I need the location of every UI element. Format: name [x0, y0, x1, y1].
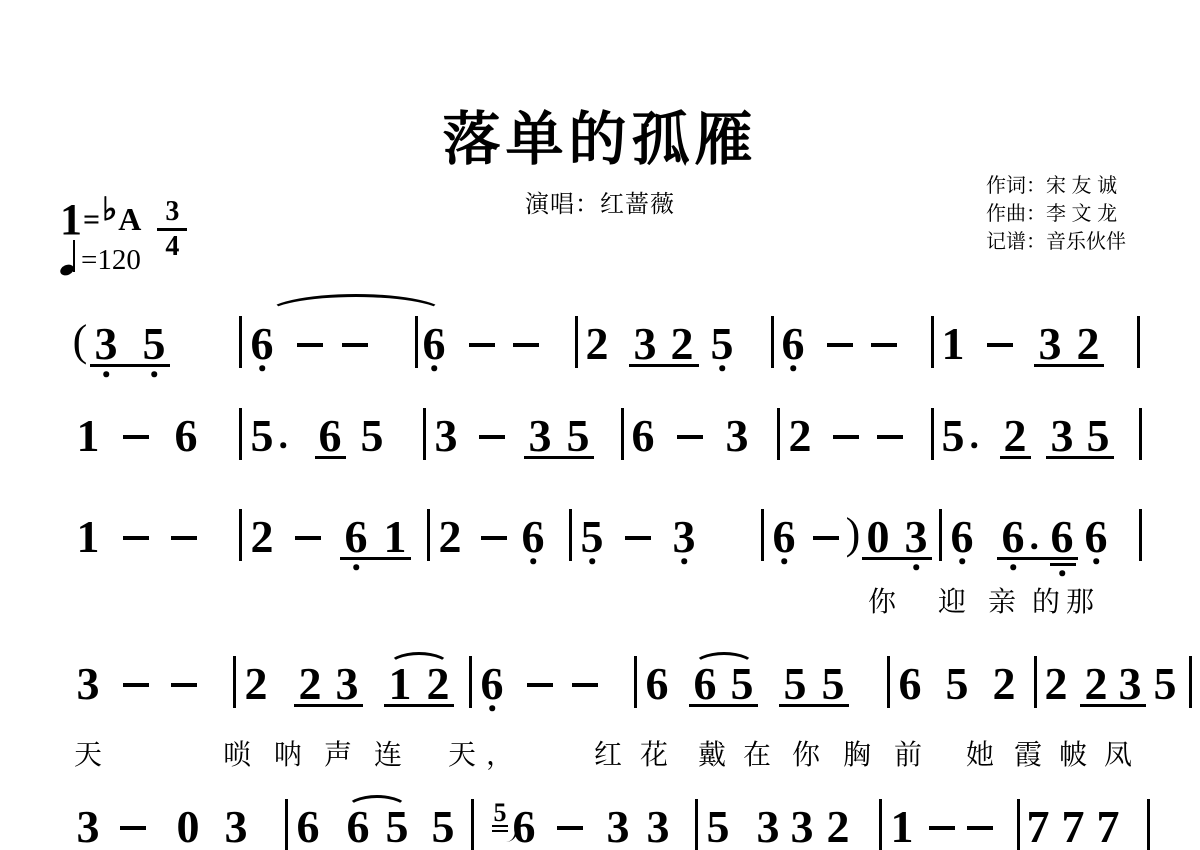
dash-note	[123, 536, 149, 540]
barline	[427, 509, 430, 561]
barline	[415, 316, 418, 368]
note: 6	[694, 661, 717, 707]
beam	[524, 456, 594, 459]
dash-note	[479, 435, 505, 439]
lyric-char: 凤	[1104, 741, 1132, 769]
dash-note	[557, 826, 583, 830]
note: 3	[791, 804, 814, 850]
barline	[1189, 656, 1192, 708]
dash-note	[677, 435, 703, 439]
dash-note	[469, 343, 495, 347]
dash-note	[833, 435, 859, 439]
dash-note	[342, 343, 368, 347]
note: 2	[1085, 661, 1108, 707]
barline	[931, 408, 934, 460]
barline	[1137, 316, 1140, 368]
augmentation-dot	[280, 442, 286, 448]
note: 5	[143, 321, 166, 367]
dash-note	[513, 343, 539, 347]
barline	[1034, 656, 1037, 708]
lyric-char: 天	[74, 741, 102, 769]
lyric-char: 的	[1032, 588, 1060, 616]
beam	[1050, 563, 1076, 566]
note: 5	[567, 413, 590, 459]
note: 3	[634, 321, 657, 367]
dash-note	[171, 536, 197, 540]
note: 3	[607, 804, 630, 850]
note: 3	[757, 804, 780, 850]
note: 2	[299, 661, 322, 707]
dash-note	[929, 826, 955, 830]
dash-note	[123, 435, 149, 439]
lyric-char: 亲	[988, 588, 1016, 616]
note: 5	[432, 804, 455, 850]
beam	[384, 704, 454, 707]
barline	[285, 799, 288, 850]
note: 6	[646, 661, 669, 707]
beam	[1034, 364, 1104, 367]
barline	[1147, 799, 1150, 850]
note: 5	[1154, 661, 1177, 707]
dash-note	[967, 826, 993, 830]
note: 2	[827, 804, 850, 850]
barline	[939, 509, 942, 561]
barline	[761, 509, 764, 561]
lyric-char: 声	[324, 741, 352, 769]
note: 3	[77, 661, 100, 707]
beam	[315, 456, 346, 459]
note: 6	[899, 661, 922, 707]
lyric-char: 在	[743, 741, 771, 769]
note: 6	[782, 321, 805, 367]
note: 2	[251, 514, 274, 560]
octave-dot	[1059, 570, 1065, 576]
note: 6	[481, 661, 504, 707]
octave-dot	[489, 705, 495, 711]
beam	[1046, 456, 1114, 459]
lyric-char: 呐	[274, 741, 302, 769]
note: 3	[529, 413, 552, 459]
lyric-char: 前	[894, 741, 922, 769]
beam	[997, 557, 1078, 560]
octave-dot	[1010, 564, 1016, 570]
note: 5	[1087, 413, 1110, 459]
barline	[771, 316, 774, 368]
note: 5	[361, 413, 384, 459]
dash-note	[625, 536, 651, 540]
barline	[621, 408, 624, 460]
note: 7	[1062, 804, 1085, 850]
note: 3	[1051, 413, 1074, 459]
lyric-char: 她	[966, 741, 994, 769]
octave-dot	[681, 558, 687, 564]
note: 3	[673, 514, 696, 560]
note: 2	[586, 321, 609, 367]
note: 6	[773, 514, 796, 560]
note: 6	[345, 514, 368, 560]
note: 3	[77, 804, 100, 850]
beam	[689, 704, 758, 707]
note: 2	[439, 514, 462, 560]
slur	[388, 652, 450, 666]
note: 3	[95, 321, 118, 367]
barline	[887, 656, 890, 708]
note: 6	[423, 321, 446, 367]
barline	[634, 656, 637, 708]
note: 2	[789, 413, 812, 459]
dash-note	[120, 826, 146, 830]
lyric-char: 迎	[938, 588, 966, 616]
note: 0	[867, 514, 890, 560]
grace-beam	[492, 825, 508, 827]
octave-dot	[589, 558, 595, 564]
note: 5	[942, 413, 965, 459]
note: 6	[522, 514, 545, 560]
beam	[90, 364, 170, 367]
beam	[340, 557, 411, 560]
note: 6	[297, 804, 320, 850]
note: 5	[822, 661, 845, 707]
note: 3	[905, 514, 928, 560]
octave-dot	[913, 564, 919, 570]
dash-note	[871, 343, 897, 347]
augmentation-dot	[971, 442, 977, 448]
dash-note	[813, 536, 839, 540]
octave-dot	[1093, 558, 1099, 564]
note: 2	[671, 321, 694, 367]
note: 2	[1004, 413, 1027, 459]
note: 2	[427, 661, 450, 707]
note: 3	[435, 413, 458, 459]
note: 3	[1039, 321, 1062, 367]
octave-dot	[431, 365, 437, 371]
lyric-char: 唢	[223, 741, 251, 769]
note: 2	[1077, 321, 1100, 367]
beam	[779, 704, 849, 707]
beam	[1000, 456, 1031, 459]
barline	[879, 799, 882, 850]
beam	[629, 364, 699, 367]
slur	[693, 652, 755, 666]
note: 5	[707, 804, 730, 850]
lyric-char: 你	[868, 588, 896, 616]
dash-note	[987, 343, 1013, 347]
score-area: (356623256132165653356325235126126536)03…	[0, 0, 1200, 850]
lyric-char: 连	[374, 741, 402, 769]
octave-dot	[530, 558, 536, 564]
barline	[471, 799, 474, 850]
barline	[777, 408, 780, 460]
note: 7	[1027, 804, 1050, 850]
octave-dot	[151, 371, 157, 377]
augmentation-dot	[1031, 543, 1037, 549]
note: 5	[386, 804, 409, 850]
note: 1	[77, 413, 100, 459]
note: 1	[942, 321, 965, 367]
note: 5	[784, 661, 807, 707]
dash-note	[297, 343, 323, 347]
barline	[469, 656, 472, 708]
slur	[346, 795, 408, 809]
note: 6	[951, 514, 974, 560]
note: 3	[1119, 661, 1142, 707]
lyric-char: 你	[792, 741, 820, 769]
note: 3	[647, 804, 670, 850]
barline	[569, 509, 572, 561]
note: 1	[77, 514, 100, 560]
note: 6	[1002, 514, 1025, 560]
note: 5	[946, 661, 969, 707]
octave-dot	[103, 371, 109, 377]
barline	[1139, 408, 1142, 460]
dash-note	[572, 683, 598, 687]
barline	[1017, 799, 1020, 850]
note: 6	[1085, 514, 1108, 560]
slur	[266, 294, 446, 314]
lyric-char: 天	[448, 741, 476, 769]
note: 5	[581, 514, 604, 560]
barline	[1139, 509, 1142, 561]
note: 6	[251, 321, 274, 367]
lyric-char: 帔	[1059, 741, 1087, 769]
barline	[233, 656, 236, 708]
octave-dot	[959, 558, 965, 564]
beam	[1080, 704, 1146, 707]
dash-note	[295, 536, 321, 540]
note: 5	[251, 413, 274, 459]
grace-note: 5	[494, 800, 507, 826]
parenthesis: (	[73, 319, 88, 363]
dash-note	[877, 435, 903, 439]
barline	[695, 799, 698, 850]
sheet-music-page: 落单的孤雁 演唱：红蔷薇 作词：宋 友 诚 作曲：李 文 龙 记谱：音乐伙伴 1…	[0, 0, 1200, 850]
octave-dot	[790, 365, 796, 371]
lyric-char: 花	[640, 741, 668, 769]
barline	[239, 316, 242, 368]
octave-dot	[781, 558, 787, 564]
note: 2	[993, 661, 1016, 707]
octave-dot	[719, 365, 725, 371]
dash-note	[123, 683, 149, 687]
octave-dot	[259, 365, 265, 371]
lyric-char: 胸	[843, 741, 871, 769]
note: 5	[731, 661, 754, 707]
note: 1	[389, 661, 412, 707]
parenthesis: )	[846, 512, 861, 556]
note: 6	[175, 413, 198, 459]
lyric-char: 那	[1066, 588, 1094, 616]
note: 6	[319, 413, 342, 459]
barline	[575, 316, 578, 368]
barline	[931, 316, 934, 368]
note: 6	[347, 804, 370, 850]
barline	[423, 408, 426, 460]
lyric-char: 戴	[698, 741, 726, 769]
barline	[239, 408, 242, 460]
barline	[239, 509, 242, 561]
note: 5	[711, 321, 734, 367]
note: 1	[891, 804, 914, 850]
dash-note	[171, 683, 197, 687]
note: 3	[225, 804, 248, 850]
note: 3	[336, 661, 359, 707]
dash-note	[481, 536, 507, 540]
dash-note	[527, 683, 553, 687]
note: 2	[1045, 661, 1068, 707]
octave-dot	[353, 564, 359, 570]
note: 6	[632, 413, 655, 459]
lyric-char: 霞	[1014, 741, 1042, 769]
lyric-char: ，	[486, 741, 514, 769]
note: 7	[1097, 804, 1120, 850]
lyric-char: 红	[594, 741, 622, 769]
note: 1	[384, 514, 407, 560]
beam	[862, 557, 932, 560]
note: 0	[177, 804, 200, 850]
note: 3	[726, 413, 749, 459]
dash-note	[827, 343, 853, 347]
note: 6	[1051, 514, 1074, 560]
note: 2	[245, 661, 268, 707]
beam	[294, 704, 363, 707]
note: 6	[513, 804, 536, 850]
